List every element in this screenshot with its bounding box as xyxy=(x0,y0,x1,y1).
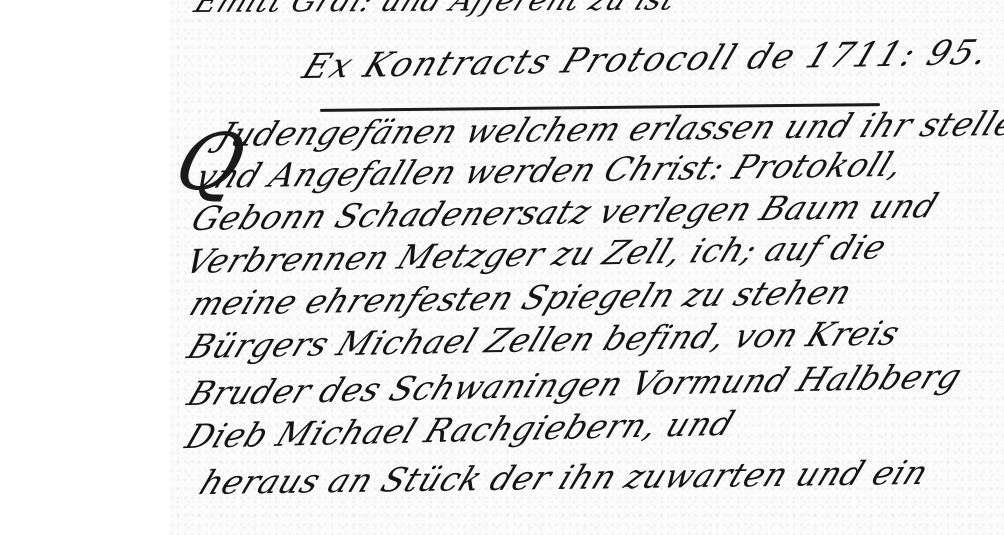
line-text: Emitt Grdi: und Afferent zu ist xyxy=(190,0,681,18)
document-page: Q Emitt Grdi: und Afferent zu ist Ex Kon… xyxy=(0,0,1004,535)
line-text: heraus an Stück der ihn zuwarten und ein xyxy=(195,456,933,499)
manuscript-line: heraus an Stück der ihn zuwarten und ein xyxy=(202,456,928,499)
line-top-cutoff: Emitt Grdi: und Afferent zu ist xyxy=(196,0,675,18)
